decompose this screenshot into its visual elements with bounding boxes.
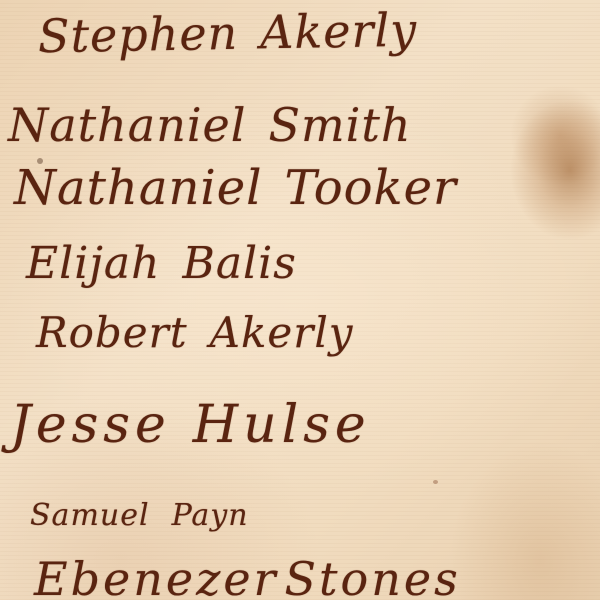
last-name: Balis bbox=[182, 238, 296, 289]
first-name: Samuel bbox=[30, 498, 150, 533]
first-name: Ebenezer bbox=[34, 552, 279, 600]
name-entry: EbenezerStones bbox=[34, 552, 461, 600]
last-name: Akerly bbox=[210, 308, 354, 357]
last-name: Hulse bbox=[193, 395, 371, 455]
name-entry: StephenAkerly bbox=[38, 3, 418, 64]
last-name: Smith bbox=[268, 98, 411, 152]
name-entry: ElijahBalis bbox=[26, 238, 297, 289]
name-entry: RobertAkerly bbox=[36, 308, 353, 357]
first-name: Stephen bbox=[38, 6, 239, 63]
first-name: Nathaniel bbox=[14, 160, 262, 216]
last-name: Stones bbox=[285, 552, 461, 600]
first-name: Jesse bbox=[10, 395, 171, 455]
last-name: Tooker bbox=[284, 160, 457, 216]
name-entry: NathanielSmith bbox=[8, 98, 411, 152]
ink-spot bbox=[433, 480, 438, 484]
first-name: Elijah bbox=[26, 238, 160, 289]
last-name: Akerly bbox=[260, 3, 418, 60]
last-name: Payn bbox=[172, 498, 249, 533]
first-name: Robert bbox=[36, 308, 188, 357]
name-entry: JesseHulse bbox=[10, 395, 371, 455]
name-entry: NathanielTooker bbox=[14, 160, 457, 216]
first-name: Nathaniel bbox=[8, 98, 246, 152]
name-entry: SamuelPayn bbox=[30, 498, 249, 533]
